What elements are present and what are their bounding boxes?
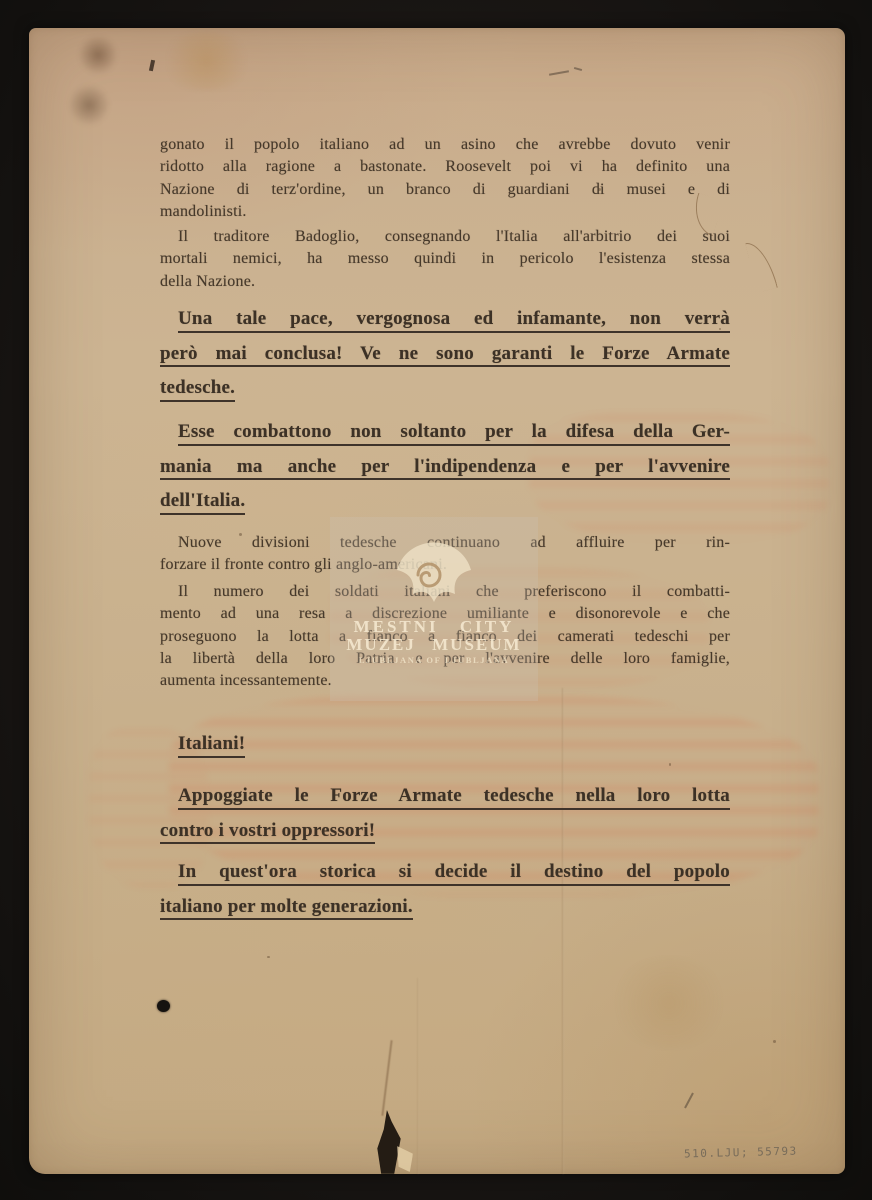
watermark-text-line: MUZEJ MUSEUM [330,635,538,655]
paragraph-7: Italiani! [160,734,730,758]
underlined-text: italiano per molte generazioni. [160,897,413,921]
text-line: mandolinisti. [160,201,730,223]
paragraph-8: Appoggiate le Forze Armate tedesche nell… [160,786,730,844]
paragraph-2: Il traditore Badoglio, consegnando l'Ita… [160,226,730,293]
watermark-text-line: MESTNI CITY [330,617,538,637]
text-line: italiano per molte generazioni. [160,897,730,921]
text-line: In quest'ora storica si decide il destin… [178,862,730,886]
text-line: Una tale pace, vergognosa ed infamante, … [178,309,730,333]
text-line: gonato il popolo italiano ad un asino ch… [160,134,730,156]
photograph-background: { "document": { "language": "Italian", "… [0,0,872,1200]
paragraph-4: Esse combattono non soltanto per la dife… [160,422,730,515]
museum-watermark: MESTNI CITY MUZEJ MUSEUM LJUBLJANA OF LJ… [330,517,538,701]
paragraph-3: Una tale pace, vergognosa ed infamante, … [160,309,730,402]
text-line: Il traditore Badoglio, consegnando l'Ita… [178,226,730,248]
underlined-text: dell'Italia. [160,491,245,515]
text-line: Esse combattono non soltanto per la dife… [178,422,730,446]
spiral-shell-icon [392,537,476,605]
paragraph-1: gonato il popolo italiano ad un asino ch… [160,134,730,223]
text-line: tedesche. [160,378,730,402]
text-line: Nazione di terz'ordine, un branco di gua… [160,179,730,201]
paragraph-9: In quest'ora storica si decide il destin… [160,862,730,920]
underlined-text: contro i vostri oppressori! [160,821,375,845]
underlined-text: tedesche. [160,378,235,402]
watermark-text-line: LJUBLJANA OF LJUBLJANA [330,655,538,665]
text-line: mania ma anche per l'indipendenza e per … [160,457,730,481]
text-line: della Nazione. [160,271,730,293]
text-line: però mai conclusa! Ve ne sono garanti le… [160,344,730,368]
text-line: Appoggiate le Forze Armate tedesche nell… [178,786,730,810]
underlined-text: Italiani! [178,734,245,758]
leaflet-paper: gonato il popolo italiano ad un asino ch… [29,28,845,1174]
text-line: mortali nemici, ha messo quindi in peric… [160,248,730,270]
text-line: dell'Italia. [160,491,730,515]
text-line: ridotto alla ragione a bastonate. Roosev… [160,156,730,178]
text-line: Italiani! [178,734,730,758]
text-line: contro i vostri oppressori! [160,821,730,845]
